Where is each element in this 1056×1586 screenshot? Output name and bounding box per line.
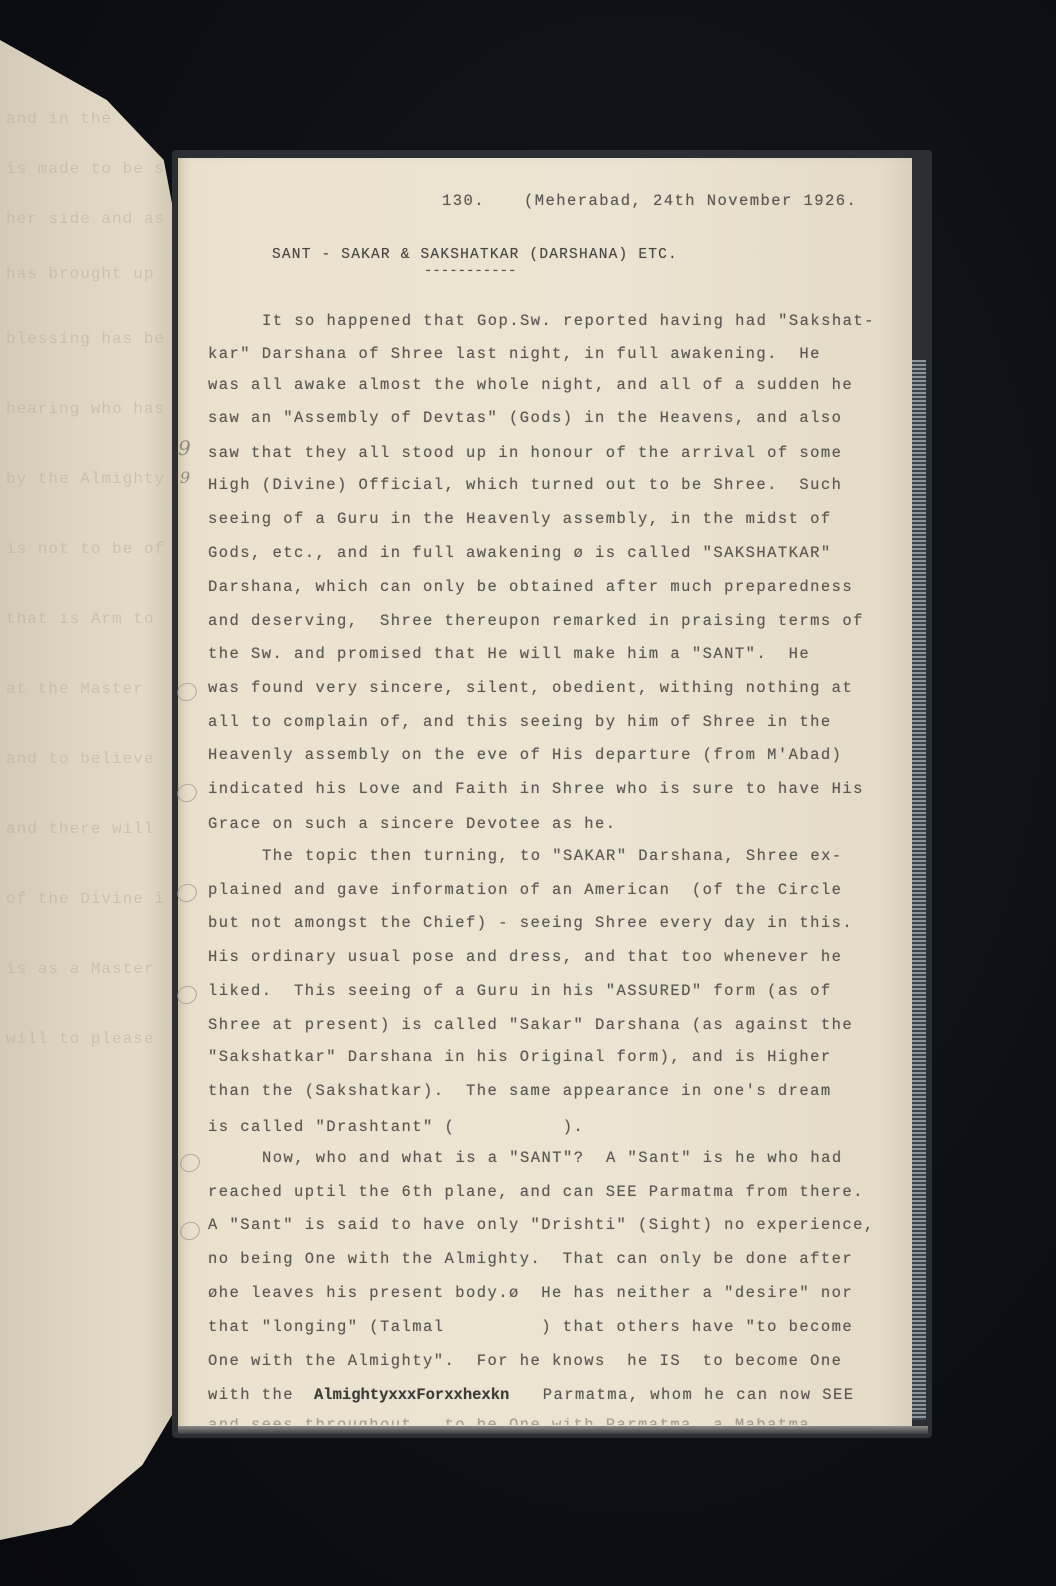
text-line: The topic then turning, to "SAKAR" Darsh… <box>262 849 843 865</box>
text-line: Shree at present) is called "Sakar" Dars… <box>208 1018 853 1034</box>
text-line: was all awake almost the whole night, an… <box>208 378 853 394</box>
text-line: saw an "Assembly of Devtas" (Gods) in th… <box>208 411 842 427</box>
text-line: but not amongst the Chief) - seeing Shre… <box>208 916 853 932</box>
text-line: øhe leaves his present body.ø He has nei… <box>208 1286 853 1302</box>
text-line: One with the Almighty". For he knows he … <box>208 1354 842 1370</box>
title-underline: ----------- <box>424 264 516 278</box>
left-ghost-line: that is Arm to <box>6 610 166 628</box>
text-line: the Sw. and promised that He will make h… <box>208 647 810 663</box>
left-ghost-line: has brought up <box>6 265 166 283</box>
left-ghost-line: by the Almighty <box>6 470 166 488</box>
text-line: with the <box>208 1388 294 1404</box>
text-line: saw that they all stood up in honour of … <box>208 446 842 462</box>
left-ghost-line: hearing who has done <box>6 400 166 418</box>
left-ghost-line: blessing has been <box>6 330 166 348</box>
left-ghost-line: and there will be <box>6 820 166 838</box>
text-line: kar" Darshana of Shree last night, in fu… <box>208 347 821 363</box>
text-line: seeing of a Guru in the Heavenly assembl… <box>208 512 832 528</box>
left-ghost-line: and to believe <box>6 750 166 768</box>
struck-out-text: AlmightyxxxForxxhexkn <box>314 1388 509 1404</box>
text-line: plained and gave information of an Ameri… <box>208 883 842 899</box>
text-line: liked. This seeing of a Guru in his "ASS… <box>208 984 832 1000</box>
page-bottom-edge <box>178 1426 928 1434</box>
left-ghost-line: is as a Master <box>6 960 166 978</box>
place-date: (Meherabad, 24th November 1926. <box>524 194 857 210</box>
text-line: all to complain of, and this seeing by h… <box>208 715 832 731</box>
text-line: is called "Drashtant" ( ). <box>208 1120 584 1136</box>
text-line: indicated his Love and Faith in Shree wh… <box>208 782 864 798</box>
text-line: and deserving, Shree thereupon remarked … <box>208 614 864 630</box>
left-ghost-line: is not to be of <box>6 540 166 558</box>
text-line: High (Divine) Official, which turned out… <box>208 478 842 494</box>
text-line: Gods, etc., and in full awakening ø is c… <box>208 546 832 562</box>
text-line: no being One with the Almighty. That can… <box>208 1252 853 1268</box>
left-ghost-line: at the Master <box>6 680 166 698</box>
left-ghost-line: will to please <box>6 1030 166 1048</box>
text-line: reached uptil the 6th plane, and can SEE… <box>208 1185 864 1201</box>
text-line: Now, who and what is a "SANT"? A "Sant" … <box>262 1151 843 1167</box>
margin-note: 9 <box>180 468 190 487</box>
page-block-edge <box>912 360 926 1420</box>
text-line: Darshana, which can only be obtained aft… <box>208 580 853 596</box>
page-number: 130. <box>442 194 485 210</box>
margin-note: 9 <box>178 436 191 460</box>
text-line: "Sakshatkar" Darshana in his Original fo… <box>208 1050 832 1066</box>
text-line: was found very sincere, silent, obedient… <box>208 681 853 697</box>
left-ghost-line: is made to be said in <box>6 160 166 178</box>
text-line: Heavenly assembly on the eve of His depa… <box>208 748 842 764</box>
text-line: Parmatma, whom he can now SEE <box>532 1388 855 1404</box>
text-line: His ordinary usual pose and dress, and t… <box>208 950 842 966</box>
text-line: Grace on such a sincere Devotee as he. <box>208 817 617 833</box>
text-line: than the (Sakshatkar). The same appearan… <box>208 1084 832 1100</box>
left-page: and in the is made to be said in her sid… <box>0 40 178 1540</box>
left-ghost-line: her side and ascending <box>6 210 166 228</box>
text-line: A "Sant" is said to have only "Drishti" … <box>208 1218 875 1234</box>
left-ghost-line: of the Divine in <box>6 890 166 908</box>
text-line: that "longing" (Talmal ) that others hav… <box>208 1320 853 1336</box>
document-title: SANT - SAKAR & SAKSHATKAR (DARSHANA) ETC… <box>272 248 678 263</box>
text-line: It so happened that Gop.Sw. reported hav… <box>262 314 875 330</box>
